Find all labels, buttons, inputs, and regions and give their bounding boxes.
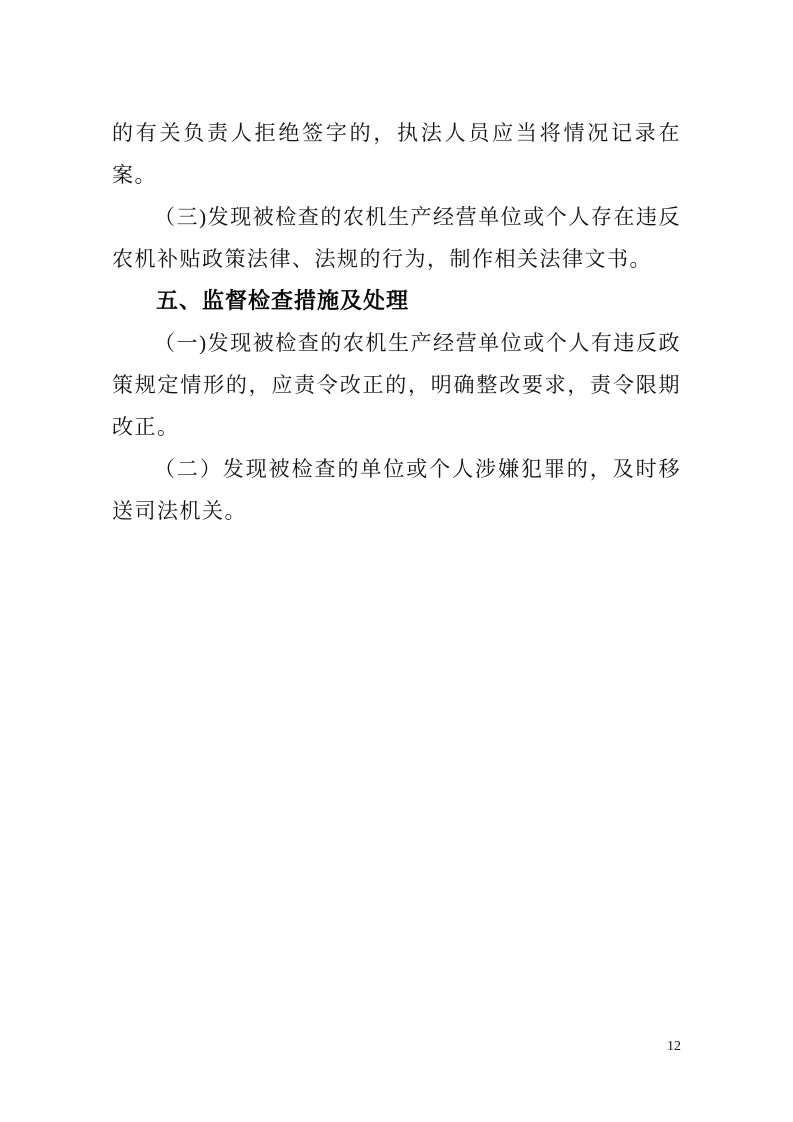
section-heading-supervision-measures: 五、监督检查措施及处理 (112, 280, 681, 322)
page-number: 12 (667, 1039, 681, 1054)
paragraph-item-3: （三)发现被检查的农机生产经营单位或个人存在违反农机补贴政策法律、法规的行为，制… (112, 196, 681, 280)
document-body: 的有关负责人拒绝签字的，执法人员应当将情况记录在案。 （三)发现被检查的农机生产… (112, 112, 681, 532)
paragraph-case-record: 的有关负责人拒绝签字的，执法人员应当将情况记录在案。 (112, 112, 681, 196)
page-footer: 12 (112, 1037, 681, 1055)
document-page: 的有关负责人拒绝签字的，执法人员应当将情况记录在案。 （三)发现被检查的农机生产… (0, 0, 793, 1122)
paragraph-item-2: （二）发现被检查的单位或个人涉嫌犯罪的，及时移送司法机关。 (112, 448, 681, 532)
paragraph-item-1: （一)发现被检查的农机生产经营单位或个人有违反政策规定情形的，应责令改正的，明确… (112, 322, 681, 448)
